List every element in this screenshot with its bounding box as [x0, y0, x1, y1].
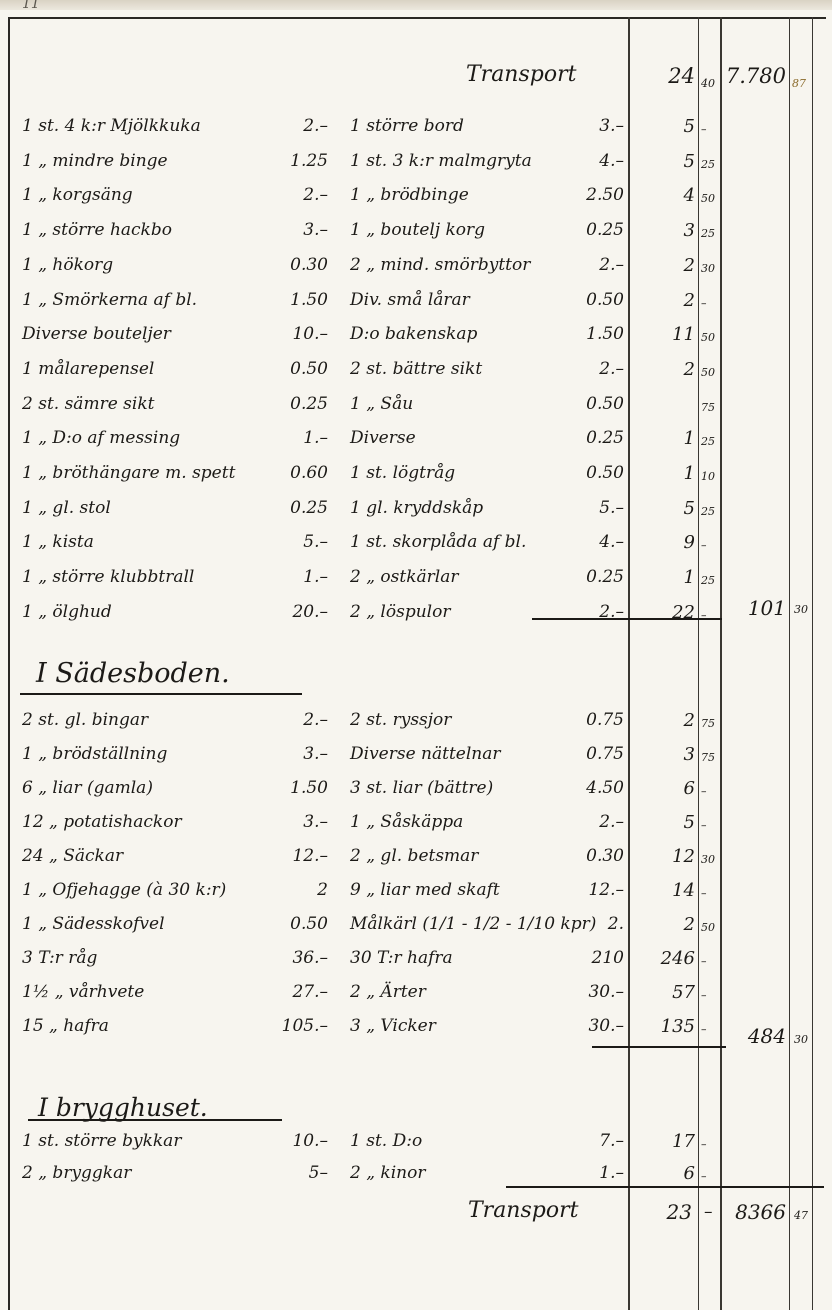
- row-sum-ore: 50: [701, 922, 715, 933]
- row-sum-kronor: 2: [640, 712, 695, 730]
- item-left-price: 1.50: [258, 292, 328, 309]
- item-left-price: 0.50: [258, 916, 328, 933]
- item-right-description: 1 större bord: [350, 118, 464, 135]
- section-2-total-ore: 30: [794, 1034, 808, 1045]
- page-top-edge: [0, 0, 832, 10]
- item-right-description: 30 T:r hafra: [350, 950, 453, 967]
- row-sum-ore: –: [701, 1139, 707, 1150]
- item-left-price: 20.–: [258, 604, 328, 621]
- row-sum-ore: –: [701, 298, 707, 309]
- row-sum-kronor: 246: [640, 950, 695, 968]
- row-sum-ore: 25: [701, 436, 715, 447]
- item-right-description: 1 st. D:o: [350, 1133, 422, 1150]
- item-right-description: 1 „ brödbinge: [350, 187, 469, 204]
- item-right-description: 1 st. 3 k:r malmgryta: [350, 153, 532, 170]
- item-left-price: 5–: [258, 1165, 328, 1182]
- item-left-price: 0.25: [258, 500, 328, 517]
- item-right-description: D:o bakenskap: [350, 326, 477, 343]
- item-left-price: 36.–: [258, 950, 328, 967]
- row-sum-ore: –: [701, 1024, 707, 1035]
- item-right-price: 0.50: [548, 292, 624, 309]
- item-left-description: 1 „ gl. stol: [22, 500, 111, 517]
- row-sum-kronor: 2: [640, 257, 695, 275]
- section-heading-underline: [28, 1119, 282, 1121]
- item-left-price: 3.–: [258, 746, 328, 763]
- item-left-description: 1 „ större hackbo: [22, 222, 172, 239]
- item-left-description: 12 „ potatishackor: [22, 814, 182, 831]
- item-left-description: 2 „ bryggkar: [22, 1165, 131, 1182]
- item-right-price: 1.50: [548, 326, 624, 343]
- opening-transport-ore: 40: [701, 78, 715, 89]
- row-sum-ore: –: [701, 540, 707, 551]
- item-left-price: 2.–: [258, 118, 328, 135]
- item-left-description: 1 „ mindre binge: [22, 153, 168, 170]
- row-sum-ore: –: [701, 124, 707, 135]
- item-right-description: 9 „ liar med skaft: [350, 882, 500, 899]
- item-left-description: Diverse bouteljer: [22, 326, 171, 343]
- row-sum-kronor: 5: [640, 118, 695, 136]
- row-sum-ore: 75: [701, 402, 715, 413]
- item-left-description: 1 „ Ofjehagge (à 30 k:r): [22, 882, 226, 899]
- column-rule-right: [812, 17, 813, 1310]
- row-sum-ore: –: [701, 1171, 707, 1182]
- row-sum-ore: 30: [701, 263, 715, 274]
- row-sum-kronor: 135: [640, 1018, 695, 1036]
- item-right-description: 2 „ mind. smörbyttor: [350, 257, 530, 274]
- column-rule-total-left: [720, 17, 722, 1310]
- item-right-price: 3.–: [548, 118, 624, 135]
- item-right-description: 3 st. liar (bättre): [350, 780, 493, 797]
- item-left-description: 1 st. 4 k:r Mjölkkuka: [22, 118, 201, 135]
- item-left-description: 1 „ kista: [22, 534, 94, 551]
- opening-transport-label: Transport: [466, 64, 576, 86]
- item-right-price: 2.–: [548, 361, 624, 378]
- item-right-description: Diverse: [350, 430, 416, 447]
- item-left-description: 24 „ Säckar: [22, 848, 123, 865]
- item-right-description: 1 gl. kryddskåp: [350, 500, 483, 517]
- item-right-price: 0.25: [548, 222, 624, 239]
- item-left-price: 0.50: [258, 361, 328, 378]
- item-left-price: 105.–: [258, 1018, 328, 1035]
- item-left-price: 0.60: [258, 465, 328, 482]
- item-right-price: 4.–: [548, 534, 624, 551]
- item-right-price: 4.50: [548, 780, 624, 797]
- item-left-description: 2 st. sämre sikt: [22, 396, 154, 413]
- row-sum-kronor: 1: [640, 465, 695, 483]
- row-sum-kronor: 9: [640, 534, 695, 552]
- item-right-description: 2 st. bättre sikt: [350, 361, 482, 378]
- item-left-description: 1 „ större klubbtrall: [22, 569, 194, 586]
- item-left-price: 2: [258, 882, 328, 899]
- row-sum-kronor: 17: [640, 1133, 695, 1151]
- item-left-description: 1 „ Sädesskofvel: [22, 916, 165, 933]
- item-right-price: 12.–: [548, 882, 624, 899]
- section-2-total-kronor: 484: [724, 1026, 786, 1046]
- row-sum-kronor: 1: [640, 569, 695, 587]
- item-left-description: 1 st. större bykkar: [22, 1133, 181, 1150]
- item-right-price: 5.–: [548, 500, 624, 517]
- item-left-description: 1 „ Smörkerna af bl.: [22, 292, 197, 309]
- row-sum-kronor: 6: [640, 1165, 695, 1183]
- row-sum-kronor: 5: [640, 500, 695, 518]
- closing-transport-ore: –: [704, 1204, 713, 1221]
- row-sum-ore: 75: [701, 718, 715, 729]
- item-right-price: 2.–: [548, 814, 624, 831]
- item-left-description: 2 st. gl. bingar: [22, 712, 148, 729]
- section-1-total-ore: 30: [794, 604, 808, 615]
- item-left-price: 3.–: [258, 222, 328, 239]
- row-sum-ore: 50: [701, 367, 715, 378]
- item-left-price: 1.–: [258, 430, 328, 447]
- row-sum-ore: 25: [701, 228, 715, 239]
- item-right-description: 2 „ löspulor: [350, 604, 450, 621]
- row-sum-kronor: 12: [640, 848, 695, 866]
- row-sum-ore: –: [701, 888, 707, 899]
- row-sum-ore: 25: [701, 159, 715, 170]
- row-sum-ore: 25: [701, 506, 715, 517]
- section-heading-sadesboden: I Sädesboden.: [36, 660, 230, 687]
- row-sum-kronor: 5: [640, 814, 695, 832]
- item-right-price: 7.–: [548, 1133, 624, 1150]
- closing-transport-label: Transport: [468, 1200, 578, 1222]
- item-left-price: 2.–: [258, 187, 328, 204]
- item-right-price: 0.50: [548, 396, 624, 413]
- row-sum-kronor: 6: [640, 780, 695, 798]
- item-right-description: 1 „ boutelj korg: [350, 222, 485, 239]
- item-left-price: 10.–: [258, 326, 328, 343]
- item-right-description: 1 st. lögtråg: [350, 465, 455, 482]
- item-right-price: 0.25: [548, 569, 624, 586]
- row-sum-ore: 75: [701, 752, 715, 763]
- column-rule-total-ore: [789, 17, 790, 1310]
- item-left-price: 1.–: [258, 569, 328, 586]
- item-left-description: 1½ „ vårhvete: [22, 984, 144, 1001]
- item-right-description: 2 „ gl. betsmar: [350, 848, 478, 865]
- item-left-description: 1 „ ölghud: [22, 604, 112, 621]
- item-left-description: 6 „ liar (gamla): [22, 780, 153, 797]
- item-right-price: 0.25: [548, 430, 624, 447]
- row-sum-kronor: 14: [640, 882, 695, 900]
- row-sum-kronor: 5: [640, 153, 695, 171]
- item-left-price: 12.–: [258, 848, 328, 865]
- opening-transport-grand-kronor: 7.780: [724, 66, 786, 87]
- row-sum-kronor: 3: [640, 746, 695, 764]
- section-1-total-kronor: 101: [724, 598, 786, 618]
- row-sum-ore: –: [701, 786, 707, 797]
- row-sum-kronor: 1: [640, 430, 695, 448]
- opening-transport-grand-ore: 87: [792, 78, 806, 89]
- page-number: 11: [22, 0, 40, 12]
- row-sum-ore: 10: [701, 471, 715, 482]
- row-sum-ore: –: [701, 956, 707, 967]
- item-right-price: 2.: [548, 916, 624, 933]
- item-right-description: Diverse nättelnar: [350, 746, 501, 763]
- item-left-description: 1 „ D:o af messing: [22, 430, 180, 447]
- column-rule-subtotal-left: [628, 17, 630, 1310]
- row-sum-ore: 30: [701, 854, 715, 865]
- item-left-price: 5.–: [258, 534, 328, 551]
- item-left-description: 1 „ korgsäng: [22, 187, 133, 204]
- closing-transport-grand-kronor: 8366: [724, 1202, 786, 1222]
- item-left-price: 0.30: [258, 257, 328, 274]
- item-right-description: 3 „ Vicker: [350, 1018, 436, 1035]
- row-sum-kronor: 2: [640, 361, 695, 379]
- item-right-description: Div. små lårar: [350, 292, 470, 309]
- item-right-description: 2 „ kinor: [350, 1165, 425, 1182]
- section-1-total-rule: [532, 618, 722, 620]
- closing-transport-grand-ore: 47: [794, 1210, 808, 1221]
- row-sum-kronor: 57: [640, 984, 695, 1002]
- item-right-price: 210: [548, 950, 624, 967]
- item-right-price: 0.75: [548, 746, 624, 763]
- row-sum-kronor: 3: [640, 222, 695, 240]
- section-heading-underline: [20, 693, 302, 695]
- row-sum-kronor: 2: [640, 292, 695, 310]
- row-sum-kronor: 11: [640, 326, 695, 344]
- item-left-description: 3 T:r råg: [22, 950, 97, 967]
- item-right-description: 2 „ ostkärlar: [350, 569, 458, 586]
- item-left-description: 1 målarepensel: [22, 361, 154, 378]
- item-left-price: 2.–: [258, 712, 328, 729]
- row-sum-ore: 50: [701, 332, 715, 343]
- section-heading-bryggkuset: I brygghuset.: [38, 1095, 208, 1120]
- item-right-price: 2.50: [548, 187, 624, 204]
- item-left-price: 0.25: [258, 396, 328, 413]
- item-left-description: 1 „ bröthängare m. spett: [22, 465, 235, 482]
- row-sum-ore: 25: [701, 575, 715, 586]
- ledger-top-rule: [8, 17, 826, 19]
- item-left-description: 15 „ hafra: [22, 1018, 109, 1035]
- item-left-price: 27.–: [258, 984, 328, 1001]
- row-sum-kronor: 4: [640, 187, 695, 205]
- row-sum-ore: 50: [701, 193, 715, 204]
- item-right-price: 2.–: [548, 257, 624, 274]
- row-sum-kronor: 2: [640, 916, 695, 934]
- column-rule-subtotal-ore: [698, 17, 699, 1310]
- item-right-description: 2 st. ryssjor: [350, 712, 451, 729]
- item-right-description: 1 „ Såu: [350, 396, 413, 413]
- item-left-price: 1.25: [258, 153, 328, 170]
- item-left-price: 10.–: [258, 1133, 328, 1150]
- closing-transport-kronor: 23: [640, 1202, 692, 1222]
- item-right-description: 1 „ Såskäppa: [350, 814, 463, 831]
- item-right-description: 1 st. skorplåda af bl.: [350, 534, 526, 551]
- item-right-price: 0.75: [548, 712, 624, 729]
- closing-total-rule: [506, 1186, 824, 1188]
- item-left-price: 1.50: [258, 780, 328, 797]
- section-2-total-rule: [592, 1046, 726, 1048]
- row-sum-ore: –: [701, 820, 707, 831]
- item-right-description: 2 „ Ärter: [350, 984, 426, 1001]
- item-left-price: 3.–: [258, 814, 328, 831]
- ledger-left-rule: [8, 17, 10, 1310]
- item-right-price: 0.30: [548, 848, 624, 865]
- opening-transport-kronor: 24: [640, 66, 695, 87]
- item-right-price: 4.–: [548, 153, 624, 170]
- item-left-description: 1 „ brödställning: [22, 746, 167, 763]
- item-left-description: 1 „ hökorg: [22, 257, 113, 274]
- item-right-price: 30.–: [548, 1018, 624, 1035]
- row-sum-ore: –: [701, 990, 707, 1001]
- item-right-price: 30.–: [548, 984, 624, 1001]
- item-right-price: 0.50: [548, 465, 624, 482]
- item-right-price: 1.–: [548, 1165, 624, 1182]
